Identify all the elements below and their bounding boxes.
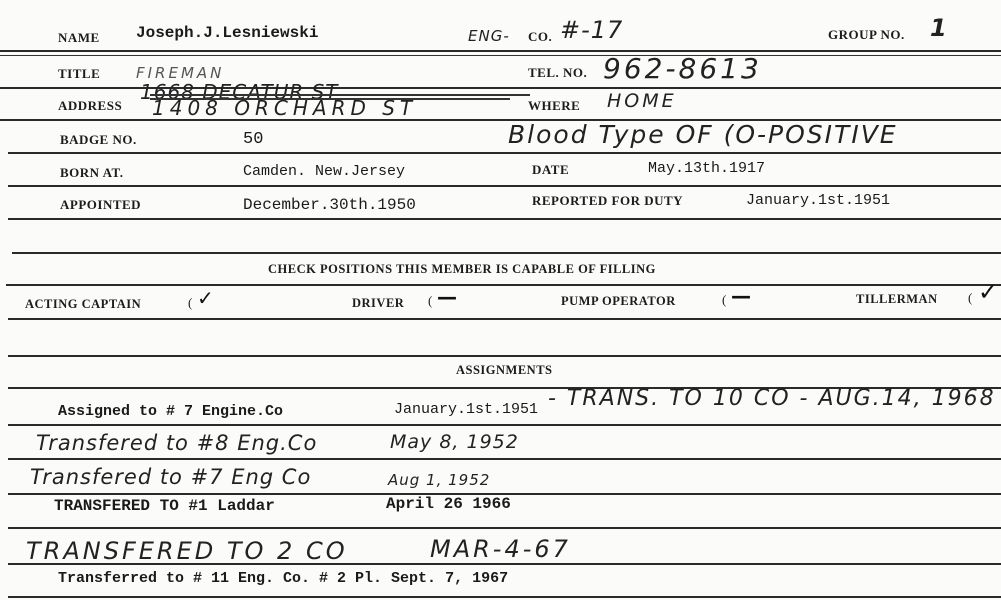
- assignment-date: May 8, 1952: [390, 431, 519, 453]
- tel-value: 962-8613: [603, 52, 762, 85]
- assignment-text: TRANSFERED TO #1 Laddar: [54, 497, 275, 515]
- address-value: 1408 ORCHARD ST: [152, 96, 417, 120]
- position-pump-operator-label: PUMP OPERATOR: [561, 294, 676, 309]
- company-value: #-17: [560, 16, 623, 44]
- position-pump-operator-checkbox[interactable]: —: [731, 284, 751, 308]
- reported-label: REPORTED FOR DUTY: [532, 193, 683, 209]
- rule-line: [8, 185, 1001, 187]
- company-label: CO.: [528, 29, 552, 45]
- tel-label: TEL. NO.: [528, 65, 587, 81]
- paren-open: (: [968, 290, 973, 306]
- rule-line: [0, 50, 1001, 52]
- rule-line: [8, 355, 1001, 357]
- rule-line: [8, 527, 1001, 529]
- title-label: TITLE: [58, 66, 100, 82]
- group-value: 1: [930, 14, 948, 42]
- rule-line: [8, 458, 1001, 460]
- positions-heading: CHECK POSITIONS THIS MEMBER IS CAPABLE O…: [268, 262, 656, 277]
- assignments-heading: ASSIGNMENTS: [456, 363, 553, 378]
- appointed-label: APPOINTED: [60, 197, 141, 213]
- assignment-date: Aug 1, 1952: [388, 471, 490, 489]
- rule-line: [6, 284, 1001, 286]
- where-value: HOME: [607, 90, 677, 112]
- position-tillerman-label: TILLERMAN: [856, 292, 938, 307]
- rule-line: [12, 252, 1001, 254]
- rule-line: [8, 596, 1001, 598]
- assignment-text: Transfered to #8 Eng.Co: [36, 431, 317, 455]
- rule-line: [8, 218, 1001, 220]
- position-driver-label: DRIVER: [352, 296, 404, 311]
- position-driver-checkbox[interactable]: —: [437, 285, 457, 309]
- born-value: Camden. New.Jersey: [243, 163, 405, 180]
- address-label: ADDRESS: [58, 98, 122, 114]
- assignment-note: - TRANS. TO 10 CO - AUG.14, 1968: [548, 386, 996, 411]
- appointed-value: December.30th.1950: [243, 196, 416, 214]
- born-label: BORN AT.: [60, 165, 123, 181]
- company-prefix: ENG-: [468, 27, 510, 45]
- where-label: WHERE: [528, 98, 580, 114]
- badge-value: 50: [243, 130, 263, 149]
- rule-line: [8, 424, 1001, 426]
- position-acting-captain-label: ACTING CAPTAIN: [25, 297, 141, 312]
- rule-line: [8, 318, 1001, 320]
- group-label: GROUP NO.: [828, 27, 905, 43]
- badge-label: BADGE NO.: [60, 132, 137, 148]
- position-acting-captain-checkbox[interactable]: ✓: [197, 286, 214, 310]
- assignment-text: Transferred to # 11 Eng. Co. # 2 Pl. Sep…: [58, 570, 508, 587]
- paren-open: (: [428, 293, 433, 309]
- assignment-date: January.1st.1951: [394, 401, 538, 418]
- reported-value: January.1st.1951: [746, 192, 890, 209]
- date-label: DATE: [532, 162, 569, 178]
- assignment-date: April 26 1966: [386, 495, 511, 513]
- assignment-text: Assigned to # 7 Engine.Co: [58, 403, 283, 420]
- assignment-text: TRANSFERED TO 2 CO: [26, 537, 348, 565]
- date-value: May.13th.1917: [648, 160, 765, 177]
- name-value: Joseph.J.Lesniewski: [136, 24, 318, 42]
- blood-type-note: Blood Type OF (O-POSITIVE: [508, 120, 898, 149]
- assignment-text: Transfered to #7 Eng Co: [30, 465, 311, 489]
- assignment-date: MAR-4-67: [430, 535, 571, 563]
- paren-open: (: [722, 292, 727, 308]
- position-tillerman-checkbox[interactable]: ✓: [978, 278, 998, 306]
- personnel-record-card: NAME Joseph.J.Lesniewski ENG- CO. #-17 G…: [0, 0, 1001, 600]
- rule-line: [0, 55, 1001, 56]
- name-label: NAME: [58, 30, 100, 46]
- rule-line: [8, 152, 1001, 154]
- paren-open: (: [188, 295, 193, 311]
